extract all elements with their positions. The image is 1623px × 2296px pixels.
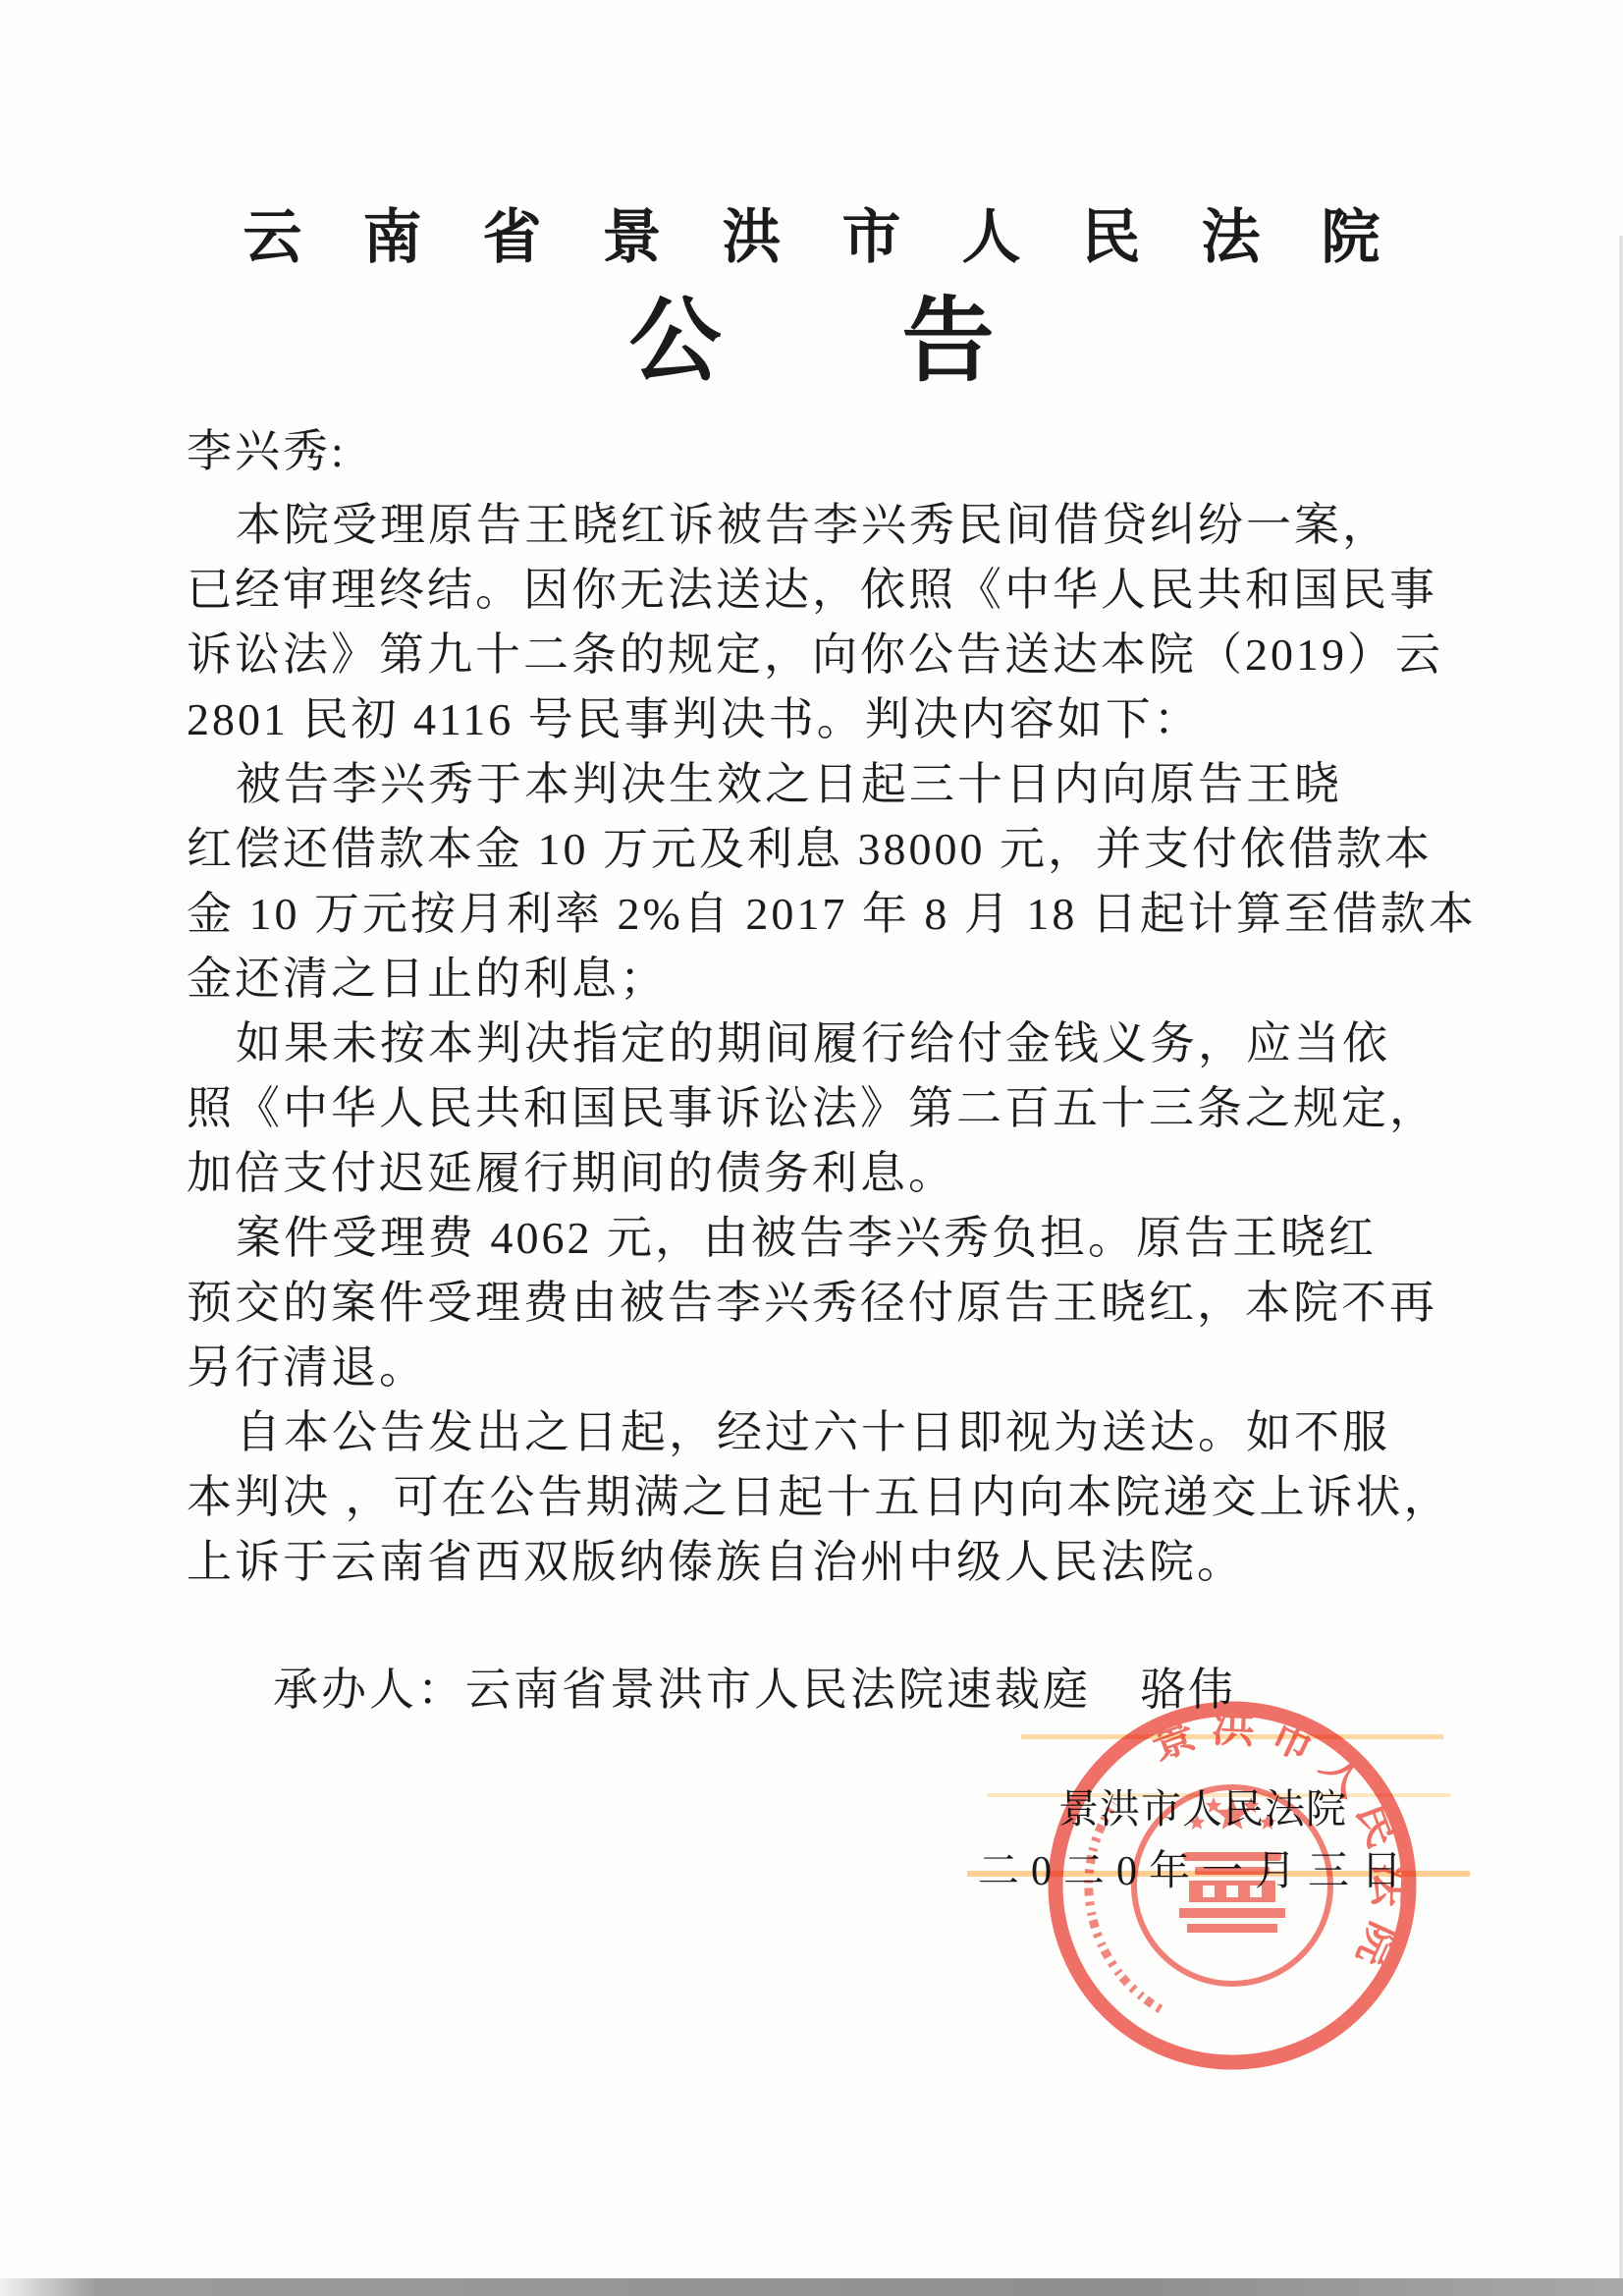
- body-line: 红偿还借款本金 10 万元及利息 38000 元，并支付依借款本: [187, 817, 1447, 882]
- body-line: 案件受理费 4062 元，由被告李兴秀负担。原告王晓红: [187, 1206, 1447, 1271]
- body-line: 本判决 ，可在公告期满之日起十五日内向本院递交上诉状，: [187, 1465, 1447, 1530]
- handler-unit: 云南省景洪市人民法院速裁庭: [465, 1665, 1091, 1715]
- page-title-doctype: 公告: [0, 287, 1623, 398]
- scanner-edge-bottom: [0, 2278, 1623, 2296]
- body-line: 诉讼法》第九十二条的规定，向你公告送达本院（2019）云: [187, 623, 1447, 687]
- official-seal: 景洪市人民法院: [1036, 1689, 1429, 2082]
- body-line: 金 10 万元按月利率 2%自 2017 年 8 月 18 日起计算至借款本: [187, 882, 1447, 947]
- body-line: 照《中华人民共和国民事诉讼法》第二百五十三条之规定，: [187, 1076, 1447, 1141]
- seal-arc-text: 景洪市人民法院: [1145, 1703, 1415, 1987]
- salutation: 李兴秀:: [187, 416, 1447, 487]
- body-line: 预交的案件受理费由被告李兴秀径付原告王晓红，本院不再: [187, 1271, 1447, 1336]
- scanner-edge-right: [1619, 236, 1623, 2278]
- body-line: 已经审理终结。因你无法送达，依照《中华人民共和国民事: [187, 558, 1447, 623]
- announcement-body: 李兴秀: 本院受理原告王晓红诉被告李兴秀民间借贷纠纷一案， 已经审理终结。因你无…: [187, 416, 1447, 1595]
- body-line: 上诉于云南省西双版纳傣族自治州中级人民法院。: [187, 1530, 1447, 1595]
- body-line: 2801 民初 4116 号民事判决书。判决内容如下：: [187, 687, 1447, 752]
- body-line: 被告李兴秀于本判决生效之日起三十日内向原告王晓: [187, 752, 1447, 817]
- body-line: 自本公告发出之日起，经过六十日即视为送达。如不服: [187, 1400, 1447, 1465]
- handler-label: 承办人：: [273, 1665, 465, 1715]
- body-line: 本院受理原告王晓红诉被告李兴秀民间借贷纠纷一案，: [187, 493, 1447, 558]
- page-title-court: 云南省景洪市人民法院: [0, 202, 1623, 273]
- body-line: 金还清之日止的利息；: [187, 947, 1447, 1011]
- body-line: 如果未按本判决指定的期间履行给付金钱义务，应当依: [187, 1011, 1447, 1076]
- body-line: 加倍支付迟延履行期间的债务利息。: [187, 1141, 1447, 1206]
- body-line: 另行清退。: [187, 1336, 1447, 1400]
- court-announcement-page: 云南省景洪市人民法院 公告 李兴秀: 本院受理原告王晓红诉被告李兴秀民间借贷纠纷…: [0, 0, 1623, 2296]
